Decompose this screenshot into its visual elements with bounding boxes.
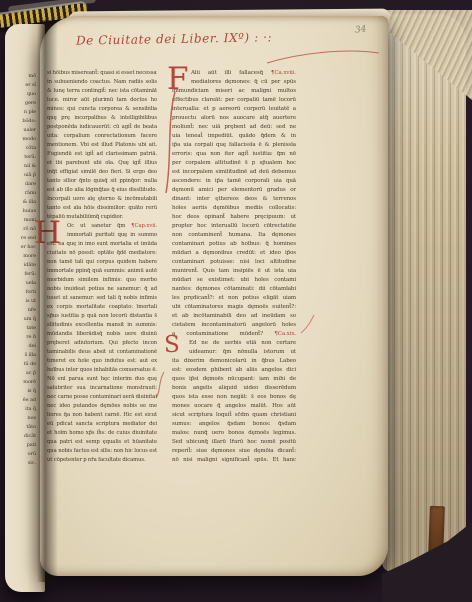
facing-page-line-fragment: mō [9, 72, 36, 81]
facing-page-line-fragment: uiā p̄ [9, 171, 36, 180]
text-line: quos ip̄si dęmoēs nūcupant: iam mihi de [172, 375, 296, 384]
text-line: cietatem incontaminatorū angelorū hoīes [172, 321, 296, 330]
facing-page-line-fragment: quo [9, 90, 36, 99]
text-line: est: ea quę in imo sunt mortalia et imūd… [47, 240, 157, 249]
text-line: eū pdicat sancta scriptura mediator dei [47, 420, 157, 429]
text-line: morbidum similem infimis: quo morbo [47, 276, 157, 285]
text-line: mūdandis liberādisq̄ nobis uere diuinū [47, 330, 157, 339]
facing-page-line-fragment: nr̄e [9, 306, 36, 315]
text-line: nobis inuideat potius ne sanemur: q̄ ad [47, 285, 157, 294]
text-line: liores q̄a non habent carnē. Hic est sic… [47, 411, 157, 420]
text-line: reperit̄: siue dęmones siue dęmōia dican… [172, 447, 296, 456]
text-line: interualla: et p aereorū corporū leuitat… [172, 105, 296, 114]
chapter-rubric: ¶Cap.xvii. [131, 223, 157, 229]
text-line: qua nobis factus est sīlis: non hic locu… [47, 447, 157, 456]
facing-page-line-fragment: um q̄ [9, 315, 36, 324]
facing-page-line-fragment: is ut [9, 297, 36, 306]
text-line: inq̄t effigiat similē deo fieri. Si ergo… [47, 168, 157, 177]
text-line: les prędicant̄?: et non potius eligāt ui… [172, 294, 296, 303]
text-line: contaminari potius ab hoībus: q̄ homines [172, 240, 296, 249]
text-line: est: eosdem phibent ab aliis angelos dic… [172, 366, 296, 375]
text-line: non contaminent̄ humana. Ita dęmones [172, 231, 296, 240]
text-line: est incorpalem similitudinē ad deū debem… [172, 168, 296, 177]
text-line: timeret ex hoīe quo indutus est: aut ex [47, 357, 157, 366]
text-line: malos: nunq̄ uero bonos dęmoēs legimus. [172, 429, 296, 438]
facing-page-line-fragment: s̄ illa [9, 351, 36, 360]
text-line: nec carne posse contaminari uerā diuinit… [47, 393, 157, 402]
text-line: prouectu aīorū nos auocare atq̄ auertere [172, 114, 296, 123]
facing-page-line-fragment: ferū: [9, 270, 36, 279]
facing-page-line-fragment: pati [9, 441, 36, 450]
facing-page-line-fragment: gere [9, 99, 36, 108]
text-line: et ibi parebunt ubi oīa. Quę igit̄ illiu… [47, 159, 157, 168]
text-line: immortale ppinq̄ quā summis: animū autē [47, 267, 157, 276]
running-header: De Ciuitate dei Liber. IXº) : ·: [76, 30, 266, 47]
facing-page-line-fragment: uela [9, 279, 36, 288]
text-line: sīlitudinis excellentia mansit in summis… [47, 321, 157, 330]
text-line: propter hoc interuallū locorū cōtrectati… [172, 222, 296, 231]
facing-page-line-fragment: ēe ad [9, 396, 36, 405]
text-line: a contaminatione mūdent̄? ¶Ca.xix. [172, 330, 296, 339]
text-line: hoc deos opinant̄ habere pręcipuum: ut [172, 213, 296, 222]
facing-page-line-fragment: n ple [9, 108, 36, 117]
text-line: Fugiendū est igit̄ ad clarissimam patriā… [47, 150, 157, 159]
text-line: mones uocare q̄ angelos malūt. Hos aūt [172, 402, 296, 411]
text-line: uita: corpalium conrectationum facere [47, 132, 157, 141]
text-line: non tamē tali qui corpus quidem habere [47, 258, 157, 267]
text-line: mediatores dęmones: q̄ cū per spūs [172, 78, 296, 87]
text-line: uideamur: q̄m nōnulla istorum ut [172, 348, 296, 357]
text-line: ubi cōtaminatores magis dęmoēs euitent̄?… [172, 303, 296, 312]
facing-page-line-fragment: dicāt [9, 432, 36, 441]
facing-page-line-fragment: re n̄ [9, 333, 36, 342]
text-line: & lunę terra contingit̄: nec ista cōtami… [47, 87, 157, 96]
text-column-left: H si hōibus misereant̄: quasi si esset n… [47, 69, 157, 465]
text-line: Ed ne de uerbis etiā non certare [172, 339, 296, 348]
facing-page-line-fragment: modo [9, 135, 36, 144]
facing-page-line-fragment: nil & [9, 162, 36, 171]
text-line: quos ista esse non negāt: s̄ eos bonos d… [172, 393, 296, 402]
facing-page-line-fragment: sic. [9, 459, 36, 468]
text-line: si hōibus misereant̄: quasi si esset nec… [47, 69, 157, 78]
chapter-rubric: ¶Ca.xix. [274, 331, 296, 337]
text-line: munirent̄. Quis tam insipiēs ē ut ista u… [172, 267, 296, 276]
text-line: ascendere: in ip̄a tamē corporali uia qu… [172, 177, 296, 186]
drop-cap-f: F [167, 64, 188, 94]
text-line: hoībus inter quos inhabitās conuersatus … [47, 366, 157, 375]
facing-page-line-fragment: dei [9, 342, 36, 351]
facing-page-line-fragment: rāmi [9, 189, 36, 198]
facing-page-text-fragments: mōer sīquogeren plebōdo:ualermodocōtater… [9, 72, 36, 468]
facing-page-line-fragment: ualer [9, 126, 36, 135]
text-line: ciuitate nō possit: optāte q̄dē mediator… [47, 249, 157, 258]
text-line: ip̄a uia corpali quę fallacissīa ē & ple… [172, 141, 296, 150]
facing-page-line-fragment: cōta [9, 144, 36, 153]
text-line: tanto est aīa hōis dissimilior: quāto re… [47, 204, 157, 213]
text-line: salubriter sua incarnatione monstrauit: [47, 384, 157, 393]
facing-page-line-fragment: tāto [9, 423, 36, 432]
facing-page-line-fragment: ac p̄ [9, 369, 36, 378]
text-line: Sed ubicunq̄ illarū lr̄arū hoc nomē posi… [172, 438, 296, 447]
text-line: contaminari potuisse: nisi loci altitudi… [172, 258, 296, 267]
facing-page-line-fragment: rō nō [9, 225, 36, 234]
text-column-right: F S Alii aūt illi fallacesq̄ ¶Ca.xviii.m… [172, 69, 296, 465]
facing-page-line-fragment: re sed [9, 234, 36, 243]
facing-page-line-fragment: er sī [9, 81, 36, 90]
text-line: Nō enī parua sunt hęc interim duo quę [47, 375, 157, 384]
facing-page-line-fragment: & illa [9, 198, 36, 207]
text-line: sp̄us iustitia p quā non locorū distanti… [47, 312, 157, 321]
text-line: taminabilis deus absit ut contaminationē [47, 348, 157, 357]
bookmark-tab [428, 506, 445, 558]
text-line: quę prę incorpalibus & intelligibilibus [47, 114, 157, 123]
text-line: ex corpis mortalitate coaptato: īmortali [47, 303, 157, 312]
text-line: postponēda iudicauerūt: cū agit̄ de beat… [47, 123, 157, 132]
facing-page-line-fragment: terū: [9, 153, 36, 162]
text-line: pręberet adiutorium. Qui pfecto incon [47, 339, 157, 348]
text-line: effectibus clareāt: per corpaliū tamē lo… [172, 96, 296, 105]
text-line: erroris: qua non iter agit̄ iustitia: q̄… [172, 150, 296, 159]
text-line: tēpaliū mutabiliūmq̄ cupidior. [47, 213, 157, 222]
text-line: uia teneat̄ impediūt. quādo q̄dem & in [172, 132, 296, 141]
facing-page-line-fragment: tate [9, 324, 36, 333]
facing-page-line-fragment: moni [9, 216, 36, 225]
facing-page-line-fragment: ita q̄ [9, 405, 36, 414]
facing-page-line-fragment: idāte [9, 261, 36, 270]
text-line: nō nisi maligni significant̄ spūs. Et ha… [172, 456, 296, 465]
facing-page-line-fragment: er hoc [9, 243, 36, 252]
text-line: mūdari se existimet: ubi hoīes contami [172, 276, 296, 285]
text-line: ut cōpetenter p nr̄a facultate dicamus. [47, 456, 157, 465]
text-line: Alii aūt illi fallacesq̄ ¶Ca.xviii. [172, 69, 296, 78]
facing-page-line-fragment: more [9, 252, 36, 261]
text-line: est ab illo alia lōginq̄tas q̄ eius diss… [47, 186, 157, 195]
text-line: nantes: dęmones cōtaminati: dii cōtamīab… [172, 285, 296, 294]
drop-cap-h: H [34, 218, 61, 248]
text-line: bonis angelis aliquid uideo disserēdum [172, 384, 296, 393]
text-line: sumus: angelos q̄sdam bonos: q̄sdam [172, 420, 296, 429]
facing-page-line-fragment: tū de [9, 360, 36, 369]
text-line: dinant: inter ęthereos deos & terrenos [172, 195, 296, 204]
facing-page-line-fragment: nos [9, 414, 36, 423]
facing-page-line-fragment: huius [9, 207, 36, 216]
chapter-rubric: ¶Ca.xviii. [271, 70, 296, 76]
text-line: hoīes aeriis dęmōibus mediis collocatis: [172, 204, 296, 213]
facing-page-line-fragment: is q̄ [9, 387, 36, 396]
text-line: luce. miror aūt plurimū tam doctos ho [47, 96, 157, 105]
text-line: et ab incōtaminabili deo ad ineūdam so [172, 312, 296, 321]
manuscript-photo: mōer sīquogeren plebōdo:ualermodocōtater… [0, 0, 472, 602]
facing-page-line-fragment: bōdo: [9, 117, 36, 126]
fore-edge-page-block [382, 14, 466, 572]
text-line: et hoīm homo xp̄s ih̄s: de cuius diuinit… [47, 429, 157, 438]
text-line: mentionem. Vbi est illud Platonis ubi ai… [47, 141, 157, 150]
facing-page-line-fragment: morē [9, 378, 36, 387]
facing-page-line-fragment: forti [9, 288, 36, 297]
folio-number: 34 [355, 24, 367, 35]
text-line: dęmonū amici per elementorū gradus or [172, 186, 296, 195]
text-line: Oc ut sanetur q̄m ¶Cap.xvii. [47, 222, 157, 231]
manuscript-page: De Ciuitate dei Liber. IXº) : ·: 34 H si… [40, 16, 388, 576]
text-line: nec ideo putandos dęmōes nobis ee me [47, 402, 157, 411]
text-line: qua patri est semp ęqualis et hūanitate [47, 438, 157, 447]
text-line: immortali puritati quę in summo [47, 231, 157, 240]
text-line: immundiciam miseri ac maligni multos [172, 87, 296, 96]
text-line: sicut scriptura loquit̄ sc̄dm quam chris… [172, 411, 296, 420]
text-line: per corpalem altitudinē s̄ p sp̄ualem ho… [172, 159, 296, 168]
text-line: iuuet ut sanemur: sed tali q̄ nobis infi… [47, 294, 157, 303]
text-line: ita dixerim demonicolarū in q̄bus Labeo [172, 357, 296, 366]
text-line: mines: qui cuncta corporea & sensibilia [47, 105, 157, 114]
text-line: moliunt̄: nec uiā prębent ad deū: sed ne [172, 123, 296, 132]
drop-cap-s: S [164, 334, 180, 356]
text-line: in subueniendo coactus. Nam radiis solis [47, 78, 157, 87]
facing-page-line-fragment: dare [9, 180, 36, 189]
text-line: tanto sīlior q̄nto quisq̄ sit ppinq̄or: … [47, 177, 157, 186]
text-line: mūdari a dęmonibus credūt: et ideo ip̄os [172, 249, 296, 258]
text-line: Incorpali uero aīę ęterno & incōmutabili [47, 195, 157, 204]
facing-page-line-fragment: orū [9, 450, 36, 459]
